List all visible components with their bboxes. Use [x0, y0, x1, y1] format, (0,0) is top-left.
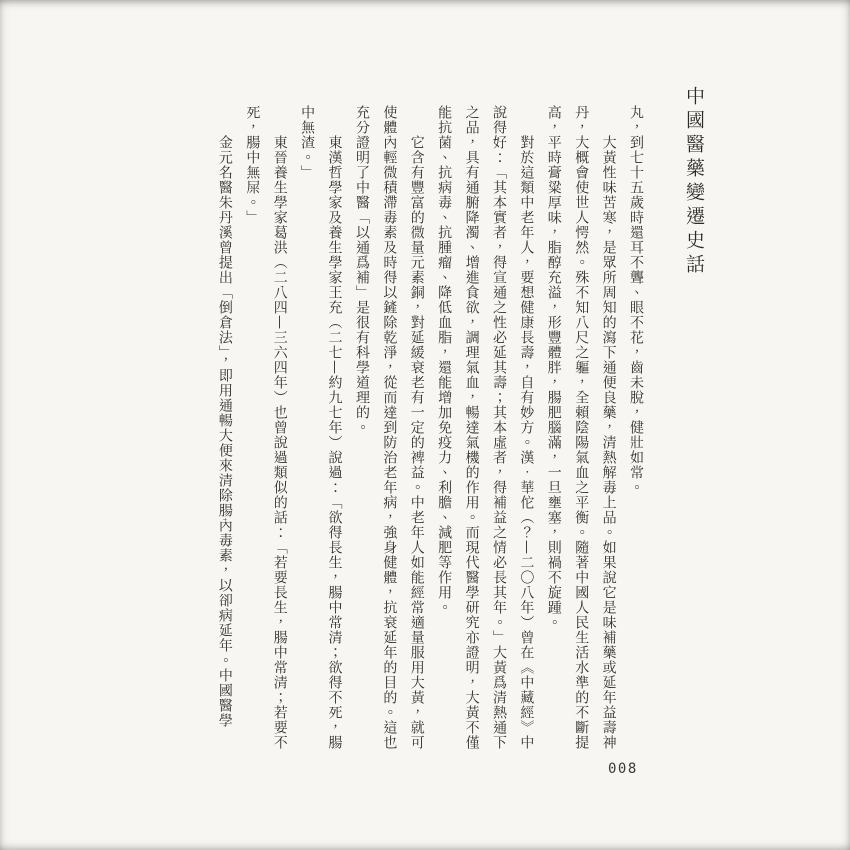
book-page: 中國醫藥變遷史話 丸，到七十五歲時還耳不聾、眼不花，齒未脫，健壯如常。 大黃性味… [0, 0, 850, 850]
text-column: 東漢哲學家及養生學家王充（二七—約九七年）說過：「欲得長生，腸中常清；欲得不死，… [320, 105, 347, 751]
text-column: 充分證明了中醫「以通爲補」是很有科學道理的。 [348, 105, 375, 751]
text-column: 中無渣。」 [293, 105, 320, 751]
text-column: 死，腸中無屎。」 [238, 105, 265, 751]
text-column: 東晉養生學家葛洪（二八四—三六四年）也曾說過類似的話：「若要長生，腸中常清；若要… [265, 105, 292, 751]
text-column: 使體內輕微積滯毒素及時得以鏟除乾淨，從而達到防治老年病，強身健體，抗衰延年的目的… [375, 105, 402, 751]
page-number: 008 [608, 761, 638, 777]
text-column: 高，平時膏粱厚味，脂醇充溢，形豐體胖，腸肥腦滿，一旦壅塞，則禍不旋踵。 [539, 105, 566, 751]
main-text-block: 丸，到七十五歲時還耳不聾、眼不花，齒未脫，健壯如常。 大黃性味苦寒，是眾所周知的… [211, 105, 650, 751]
text-column: 能抗菌、抗病毒、抗腫瘤、降低血脂，還能增加免疫力、利膽、減肥等作用。 [430, 105, 457, 751]
book-title: 中國醫藥變遷史話 [681, 86, 708, 278]
text-column: 說得好：「其本實者，得宣通之性必延其壽；其本虛者，得補益之情必長其年。」大黃爲清… [485, 105, 512, 751]
text-column: 大黃性味苦寒，是眾所周知的瀉下通便良藥，清熱解毒上品。如果說它是味補藥或延年益壽… [594, 105, 621, 751]
text-column: 丸，到七十五歲時還耳不聾、眼不花，齒未脫，健壯如常。 [622, 105, 649, 751]
text-column: 金元名醫朱丹溪曾提出「倒倉法」，即用通暢大便來清除腸內毒素，以卻病延年。中國醫學 [211, 105, 238, 751]
text-column: 它含有豐富的微量元素銅，對延緩衰老有一定的裨益。中老年人如能經常適量服用大黃，就… [402, 105, 429, 751]
text-column: 之品，具有通腑降濁、增進食欲，調理氣血，暢達氣機的作用。而現代醫學研究亦證明，大… [457, 105, 484, 751]
text-column: 丹，大概會使世人愕然。殊不知八尺之軀，全賴陰陽氣血之平衡。隨著中國人民生活水準的… [567, 105, 594, 751]
text-column: 對於這類中老年人，要想健康長壽，自有妙方。漢．華佗（？—二〇八年）曾在《中藏經》… [512, 105, 539, 751]
